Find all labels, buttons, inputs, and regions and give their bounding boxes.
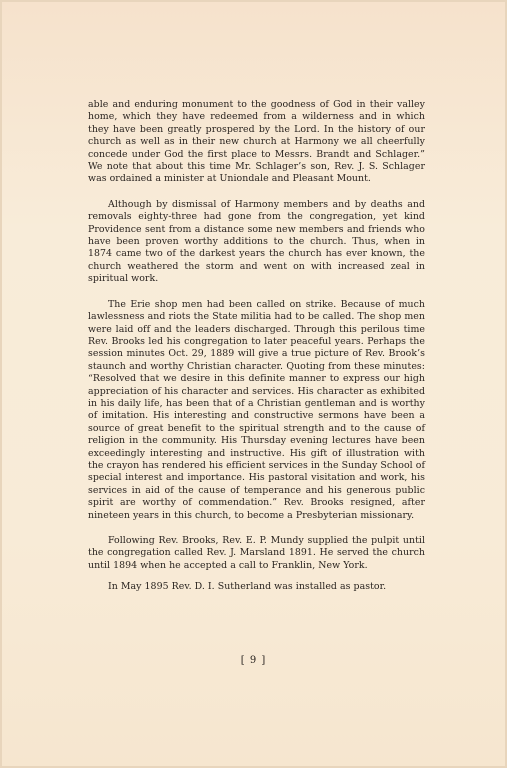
paragraph-4: Following Rev. Brooks, Rev. E. P. Mundy … xyxy=(88,535,425,572)
body-text: able and enduring monument to the goodne… xyxy=(88,99,425,594)
paragraph-2: Although by dismissal of Harmony members… xyxy=(88,199,425,286)
paragraph-5: In May 1895 Rev. D. I. Sutherland was in… xyxy=(88,581,425,593)
paragraph-1: able and enduring monument to the goodne… xyxy=(88,99,425,186)
page-number: [ 9 ] xyxy=(0,655,507,666)
scanned-page: able and enduring monument to the goodne… xyxy=(0,0,507,768)
paragraph-3: The Erie shop men had been called on str… xyxy=(88,299,425,522)
